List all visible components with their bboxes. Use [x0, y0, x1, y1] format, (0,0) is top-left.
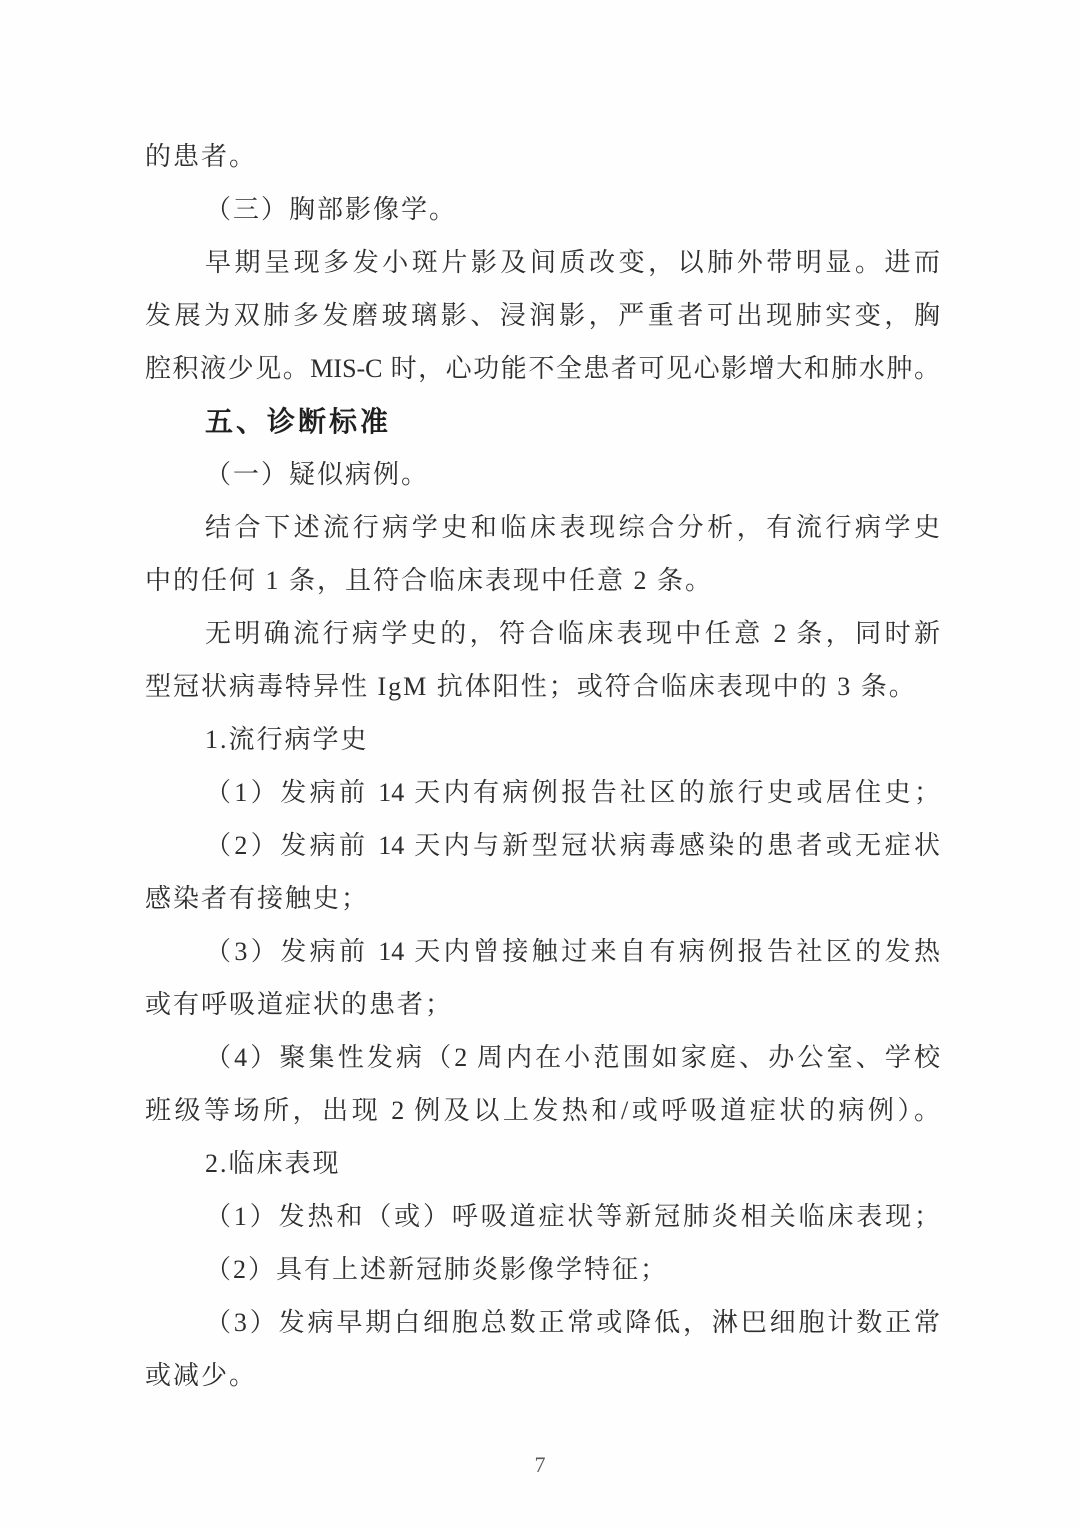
text-line: （3）发病前 14 天内曾接触过来自有病例报告社区的发热 — [145, 925, 940, 978]
text-line: （一）疑似病例。 — [145, 448, 940, 501]
text-line: （2）具有上述新冠肺炎影像学特征； — [145, 1243, 940, 1296]
text-line: 型冠状病毒特异性 IgM 抗体阳性；或符合临床表现中的 3 条。 — [145, 660, 940, 713]
text-line: （3）发病早期白细胞总数正常或降低，淋巴细胞计数正常 — [145, 1296, 940, 1349]
text-line: （三）胸部影像学。 — [145, 183, 940, 236]
text-line: 的患者。 — [145, 130, 940, 183]
text-line: 结合下述流行病学史和临床表现综合分析，有流行病学史 — [145, 501, 940, 554]
document-body: 的患者。（三）胸部影像学。早期呈现多发小斑片影及间质改变，以肺外带明显。进而发展… — [145, 130, 940, 1402]
text-line: （1）发病前 14 天内有病例报告社区的旅行史或居住史； — [145, 766, 940, 819]
text-line: 早期呈现多发小斑片影及间质改变，以肺外带明显。进而 — [145, 236, 940, 289]
text-line: 或有呼吸道症状的患者； — [145, 978, 940, 1031]
text-line: 五、诊断标准 — [145, 395, 940, 448]
text-line: 或减少。 — [145, 1349, 940, 1402]
text-line: 班级等场所，出现 2 例及以上发热和/或呼吸道症状的病例）。 — [145, 1084, 940, 1137]
text-line: 感染者有接触史； — [145, 872, 940, 925]
page-number: 7 — [0, 1452, 1080, 1478]
text-line: 中的任何 1 条，且符合临床表现中任意 2 条。 — [145, 554, 940, 607]
text-line: （2）发病前 14 天内与新型冠状病毒感染的患者或无症状 — [145, 819, 940, 872]
text-line: （1）发热和（或）呼吸道症状等新冠肺炎相关临床表现； — [145, 1190, 940, 1243]
text-line: 2.临床表现 — [145, 1137, 940, 1190]
text-line: 腔积液少见。MIS-C 时，心功能不全患者可见心影增大和肺水肿。 — [145, 342, 940, 395]
text-line: （4）聚集性发病（2 周内在小范围如家庭、办公室、学校 — [145, 1031, 940, 1084]
text-line: 发展为双肺多发磨玻璃影、浸润影，严重者可出现肺实变，胸 — [145, 289, 940, 342]
document-page: 的患者。（三）胸部影像学。早期呈现多发小斑片影及间质改变，以肺外带明显。进而发展… — [0, 0, 1080, 1528]
text-line: 无明确流行病学史的，符合临床表现中任意 2 条，同时新 — [145, 607, 940, 660]
text-line: 1.流行病学史 — [145, 713, 940, 766]
